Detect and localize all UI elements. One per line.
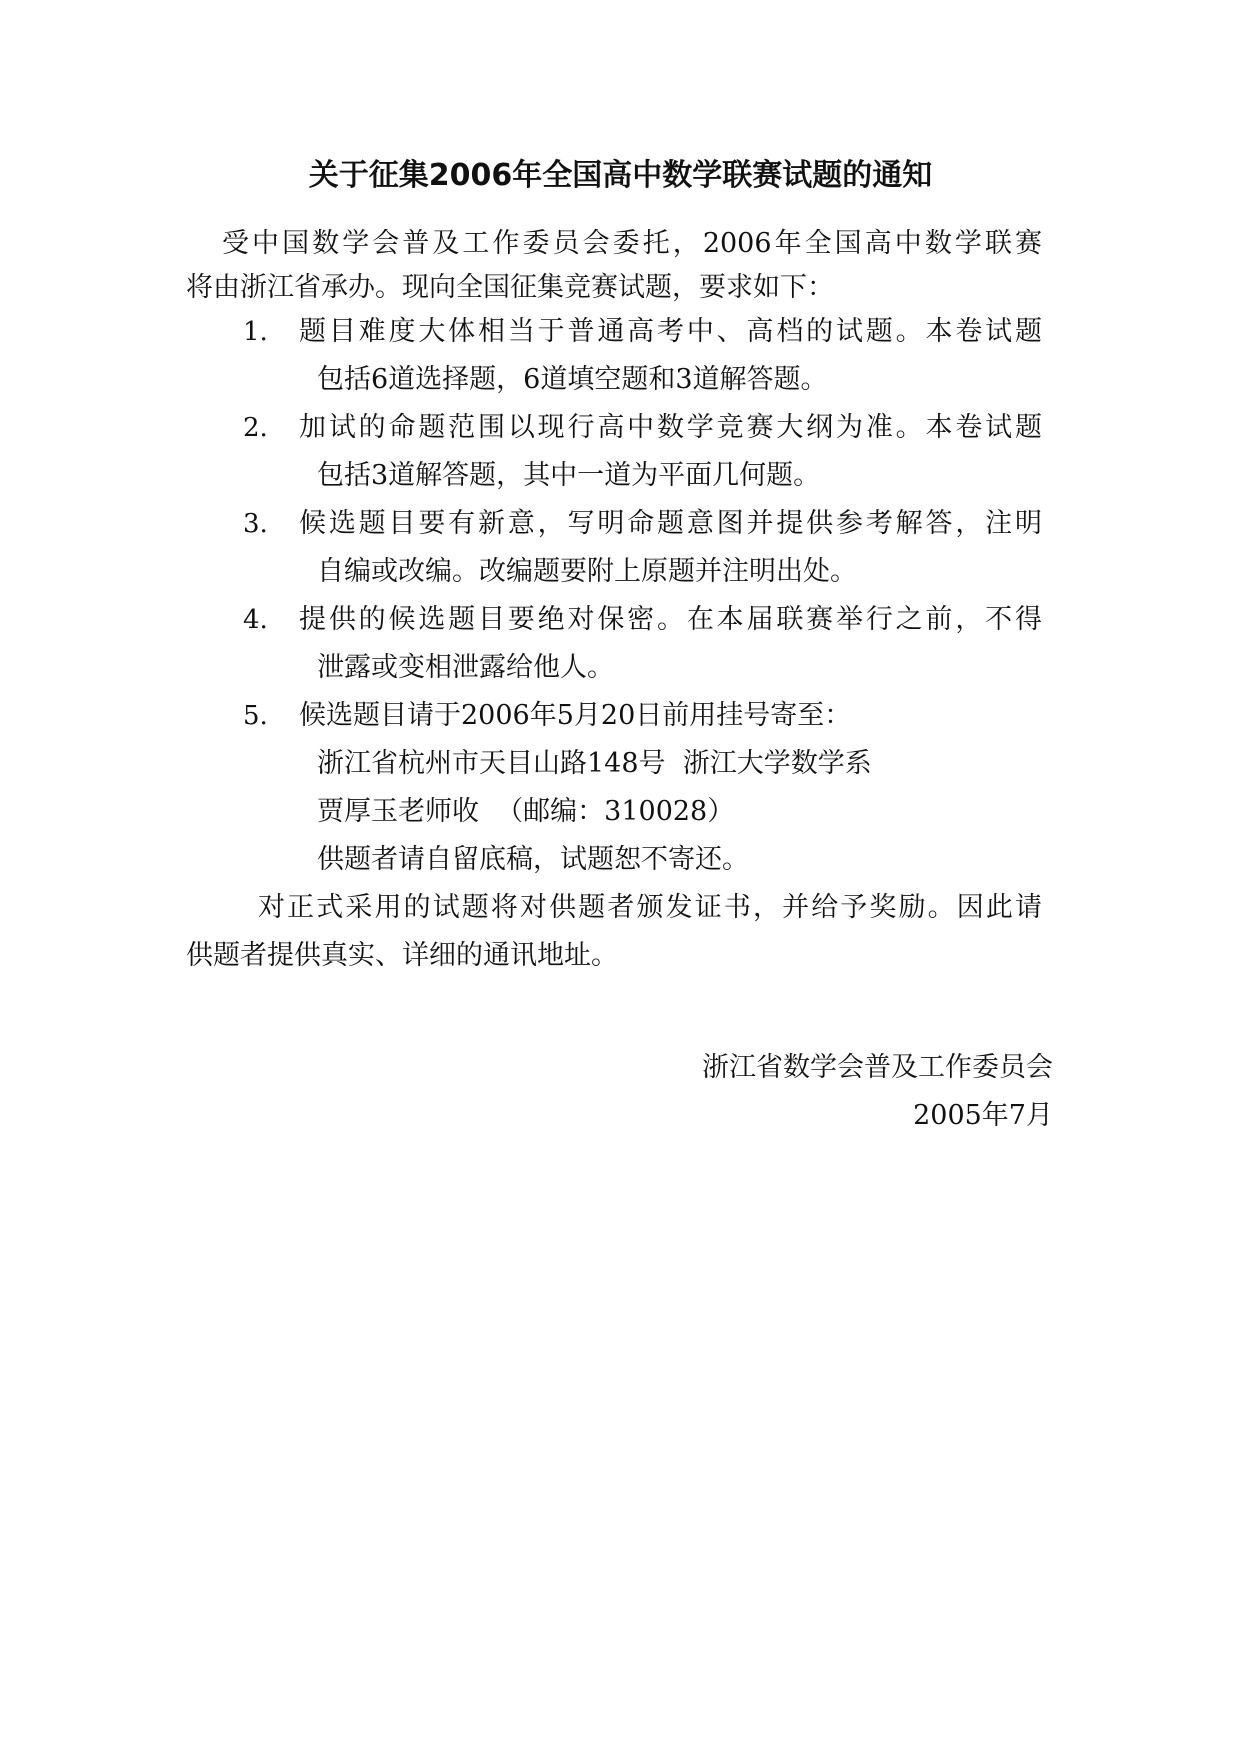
item-1-line-2: 包括6道选择题，6道填空题和3道解答题。: [317, 362, 828, 398]
item-5-line-1: 候选题目请于2006年5月20日前用挂号寄至：: [299, 698, 851, 734]
item-3-number: 3.: [243, 506, 268, 542]
item-2-line-1: 加试的命题范围以现行高中数学竞赛大纲为准。本卷试题: [299, 410, 1042, 446]
item-1-number: 1.: [243, 314, 268, 350]
item-4-line-2: 泄露或变相泄露给他人。: [317, 650, 614, 686]
signature-organization: 浙江省数学会普及工作委员会: [702, 1050, 1053, 1086]
item-3-line-1: 候选题目要有新意，写明命题意图并提供参考解答，注明: [299, 506, 1042, 542]
intro-line-1: 受中国数学会普及工作委员会委托，2006年全国高中数学联赛: [222, 226, 1042, 262]
closing-line-1: 对正式采用的试题将对供题者颁发证书，并给予奖励。因此请: [258, 890, 1042, 926]
document-page: 关于征集2006年全国高中数学联赛试题的通知 受中国数学会普及工作委员会委托，2…: [0, 0, 1241, 1754]
item-5-address: 浙江省杭州市天目山路148号 浙江大学数学系: [317, 746, 872, 782]
document-title: 关于征集2006年全国高中数学联赛试题的通知: [0, 156, 1241, 196]
item-5-note: 供题者请自留底稿，试题恕不寄还。: [317, 842, 749, 878]
item-3-line-2: 自编或改编。改编题要附上原题并注明出处。: [317, 554, 857, 590]
item-5-number: 5.: [243, 698, 268, 734]
item-2-number: 2.: [243, 410, 268, 446]
intro-line-2: 将由浙江省承办。现向全国征集竞赛试题，要求如下：: [186, 270, 834, 306]
item-4-number: 4.: [243, 602, 268, 638]
item-4-line-1: 提供的候选题目要绝对保密。在本届联赛举行之前，不得: [299, 602, 1042, 638]
item-5-recipient: 贾厚玉老师收 （邮编：310028）: [317, 794, 734, 830]
signature-date: 2005年7月: [913, 1098, 1053, 1134]
item-2-line-2: 包括3道解答题，其中一道为平面几何题。: [317, 458, 820, 494]
closing-line-2: 供题者提供真实、详细的通讯地址。: [186, 938, 618, 974]
item-1-line-1: 题目难度大体相当于普通高考中、高档的试题。本卷试题: [299, 314, 1042, 350]
